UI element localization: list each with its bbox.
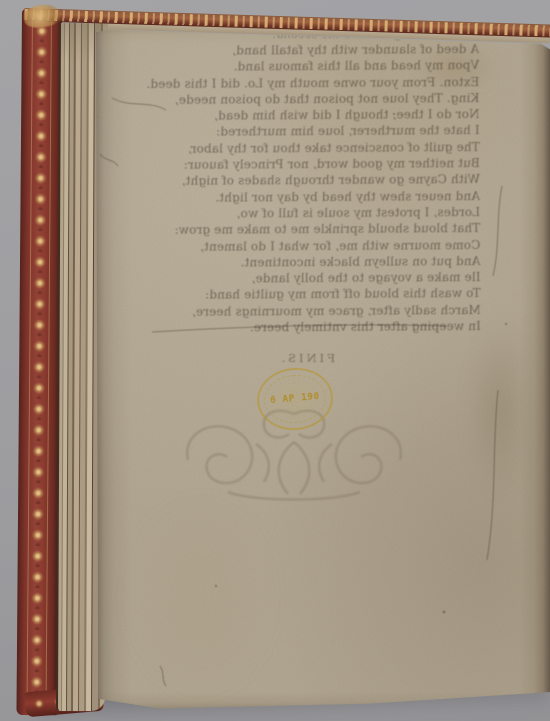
gold-tooling-roll (27, 21, 52, 701)
book-photograph-stage: King Richard the second. A deed of slaun… (0, 0, 550, 721)
spine-leather-edge (16, 9, 62, 715)
paper-creases (96, 26, 550, 714)
verso-page: King Richard the second. A deed of slaun… (96, 26, 550, 714)
